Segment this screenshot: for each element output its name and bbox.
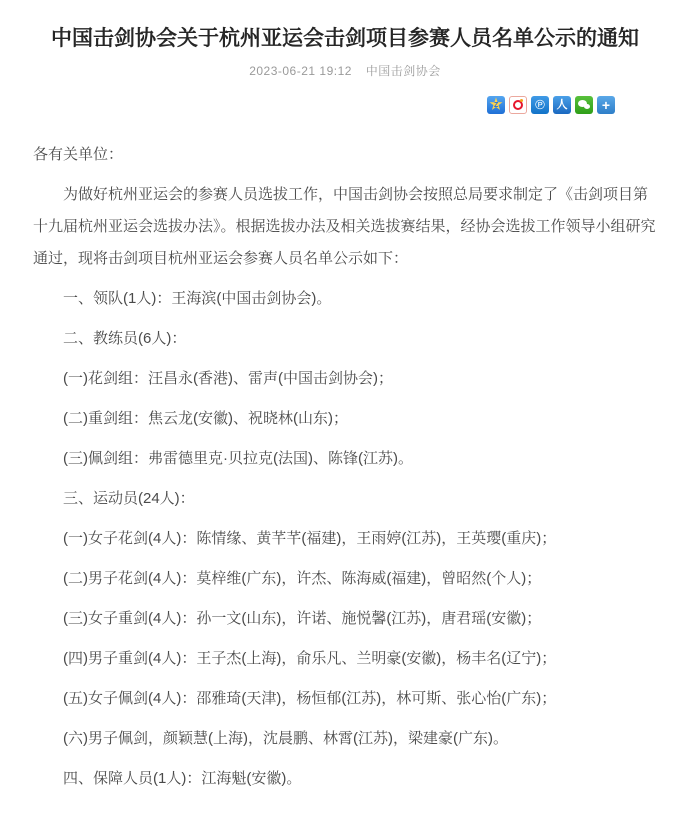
share-more-icon[interactable]: +	[597, 96, 615, 114]
athletes-mens-foil-line: (二)男子花剑(4人)：莫梓维(广东)，许杰、陈海威(福建)，曾昭然(个人)；	[33, 563, 657, 595]
athletes-womens-sabre-line: (五)女子佩剑(4人)：邵雅琦(天津)，杨恒郁(江苏)，林可斯、张心怡(广东)；	[33, 683, 657, 715]
athletes-womens-epee-line: (三)女子重剑(4人)：孙一文(山东)，许诺、施悦馨(江苏)，唐君瑶(安徽)；	[33, 603, 657, 635]
section-athletes-heading: 三、运动员(24人)：	[33, 483, 657, 515]
wechat-share-icon[interactable]	[575, 96, 593, 114]
article-body: 各有关单位： 为做好杭州亚运会的参赛人员选拔工作，中国击剑协会按照总局要求制定了…	[33, 139, 657, 795]
page-title: 中国击剑协会关于杭州亚运会击剑项目参赛人员名单公示的通知	[33, 26, 657, 52]
athletes-mens-epee-line: (四)男子重剑(4人)：王子杰(上海)，俞乐凡、兰明豪(安徽)，杨丰名(辽宁)；	[33, 643, 657, 675]
salutation-line: 各有关单位：	[33, 139, 657, 171]
wechat-bubble-small-glyph	[584, 104, 590, 109]
coaches-sabre-line: (三)佩剑组：弗雷德里克·贝拉克(法国)、陈锋(江苏)。	[33, 443, 657, 475]
coaches-epee-line: (二)重剑组：焦云龙(安徽)、祝晓林(山东)；	[33, 403, 657, 435]
renren-share-icon[interactable]: 人	[553, 96, 571, 114]
athletes-mens-sabre-line: (六)男子佩剑，颜颖慧(上海)，沈晨鹏、林霄(江苏)，梁建豪(广东)。	[33, 723, 657, 755]
weibo-spark-glyph	[520, 99, 523, 102]
coaches-foil-line: (一)花剑组：汪昌永(香港)、雷声(中国击剑协会)；	[33, 363, 657, 395]
article-meta: 2023-06-21 19:12 中国击剑协会	[33, 62, 657, 79]
publish-datetime: 2023-06-21 19:12	[249, 64, 352, 78]
share-bar: ★ Z ℗ 人 +	[33, 95, 615, 115]
qzone-letter: Z	[494, 102, 498, 109]
article-page: 中国击剑协会关于杭州亚运会击剑项目参赛人员名单公示的通知 2023-06-21 …	[0, 0, 690, 823]
tencent-weibo-share-icon[interactable]: ℗	[531, 96, 549, 114]
section-leader-line: 一、领队(1人)：王海滨(中国击剑协会)。	[33, 283, 657, 315]
qzone-share-icon[interactable]: ★ Z	[487, 96, 505, 114]
section-support-staff-line: 四、保障人员(1人)：江海魁(安徽)。	[33, 763, 657, 795]
section-coaches-heading: 二、教练员(6人)：	[33, 323, 657, 355]
publish-source: 中国击剑协会	[366, 64, 441, 78]
intro-paragraph: 为做好杭州亚运会的参赛人员选拔工作，中国击剑协会按照总局要求制定了《击剑项目第十…	[33, 179, 657, 275]
sina-weibo-share-icon[interactable]	[509, 96, 527, 114]
athletes-womens-foil-line: (一)女子花剑(4人)：陈情缘、黄芊芊(福建)，王雨婷(江苏)，王英璎(重庆)；	[33, 523, 657, 555]
